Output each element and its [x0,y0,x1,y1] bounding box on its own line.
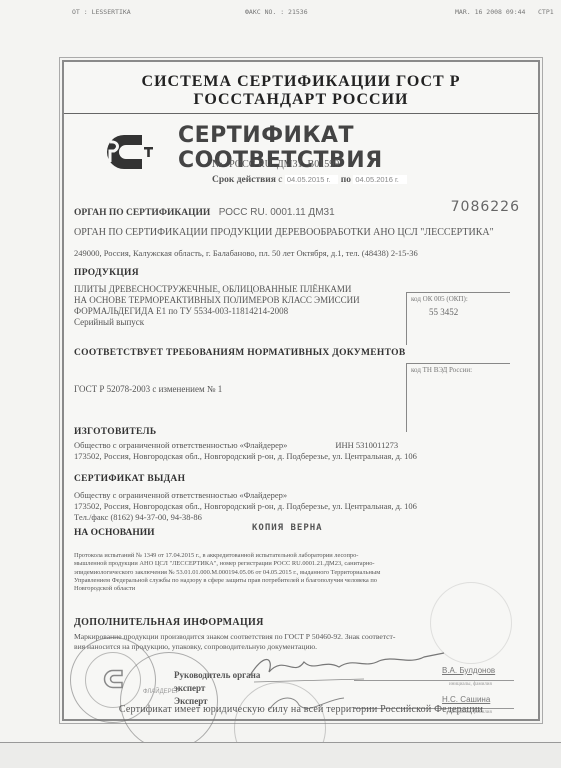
tnved-code-box: код ТН ВЭД России: [406,363,510,432]
head-signature-line [354,680,514,681]
validity-to: 04.05.2016 г. [353,175,407,184]
okp-code-box: код ОК 005 (ОКП): 55 3452 [406,292,510,345]
manufacturer-heading: ИЗГОТОВИТЕЛЬ [74,427,156,438]
fax-number: ФАКС NO. : 21536 [245,8,308,16]
system-line-2: ГОССТАНДАРТ РОССИИ [64,91,538,109]
validity-label: Срок действия [212,175,276,185]
certification-body-name: ОРГАН ПО СЕРТИФИКАЦИИ ПРОДУКЦИИ ДЕРЕВООБ… [74,227,494,238]
fax-header: OT : LESSERTIKA ФАКС NO. : 21536 MAR. 16… [0,8,561,22]
product-line: НА ОСНОВЕ ТЕРМОРЕАКТИВНЫХ ПОЛИМЕРОВ КЛАС… [74,295,404,306]
normative-standard: ГОСТ Р 52078-2003 с изменением № 1 [74,384,222,395]
certificate-frame: СИСТЕМА СЕРТИФИКАЦИИ ГОСТ Р ГОССТАНДАРТ … [62,60,540,721]
certification-body-label: ОРГАН ПО СЕРТИФИКАЦИИ [74,208,210,218]
protocol-line: эпидемиологического заключения № 53.01.0… [74,569,529,577]
system-line-1: СИСТЕМА СЕРТИФИКАЦИИ ГОСТ Р [64,73,538,91]
issued-to-name: Обществу с ограниченной ответственностью… [74,490,417,501]
issued-to-details: Обществу с ограниченной ответственностью… [74,490,417,523]
number-value: РОСС RU. ДМ31. В01599 [229,159,339,170]
serial-number: 7086226 [451,199,520,215]
manufacturer-address: 173502, Россия, Новгородская обл., Новго… [74,451,417,462]
issued-to-heading: СЕРТИФИКАТ ВЫДАН [74,474,185,485]
issued-to-phone: Тел./факс (8162) 94-37-00, 94-38-86 [74,512,417,523]
certification-body-code: ОРГАН ПО СЕРТИФИКАЦИИ РОСС RU. 0001.11 Д… [74,207,335,219]
tnved-label: код ТН ВЭД России: [411,366,506,374]
product-description: ПЛИТЫ ДРЕВЕСНОСТРУЖЕЧНЫЕ, ОБЛИЦОВАННЫЕ П… [74,284,404,328]
additional-info-heading: ДОПОЛНИТЕЛЬНАЯ ИНФОРМАЦИЯ [74,617,264,628]
protocol-line: мышленной продукции АНО ЦСЛ "ЛЕССЕРТИКА"… [74,560,529,568]
protocol-line: Протокола испытаний № 1349 от 17.04.2015… [74,552,529,560]
certification-body-address: 249000, Россия, Калужская область, г. Ба… [74,248,418,259]
basis-heading: НА ОСНОВАНИИ [74,528,155,538]
issued-to-address: 173502, Россия, Новгородская обл., Новго… [74,501,417,512]
manufacturer-inn: ИНН 5310011273 [335,440,398,450]
manufacturer-name: Общество с ограниченной ответственностью… [74,440,287,450]
rst-gost-mark-icon [94,132,154,172]
validity-from-prefix: с [278,175,282,185]
head-name: В.А. Булдонов [442,666,495,675]
number-label: № [212,158,223,170]
legal-validity-footer: Сертификат имеет юридическую силу на все… [64,704,538,715]
head-signature [244,647,454,687]
okp-label: код ОК 005 (ОКП): [411,295,506,303]
certification-body-code-value: РОСС RU. 0001.11 ДМ31 [219,207,335,218]
fax-date-time: MAR. 16 2008 09:44 [455,8,525,16]
expert-name: Н.С. Сашина [442,695,490,704]
fax-page: СТР1 [538,8,554,16]
copy-verified-stamp: КОПИЯ ВЕРНА [252,523,323,533]
manufacturer-details: Общество с ограниченной ответственностью… [74,440,417,462]
title-divider [64,113,538,114]
product-line: Серийный выпуск [74,317,404,328]
validity-from: 04.05.2015 г. [285,175,339,184]
validity-period: Срок действия с 04.05.2015 г. по 04.05.2… [212,175,407,185]
expert-label: эксперт [174,683,205,693]
scan-bottom-edge [0,742,561,768]
product-line: ФОРМАЛЬДЕГИДА Е1 по ТУ 5534-003-11814214… [74,306,404,317]
conformity-heading: СООТВЕТСТВУЕТ ТРЕБОВАНИЯМ НОРМАТИВНЫХ ДО… [74,348,405,359]
head-name-caption: инициалы, фамилия [449,682,492,687]
product-heading: ПРОДУКЦИЯ [74,268,139,279]
certification-system-title: СИСТЕМА СЕРТИФИКАЦИИ ГОСТ Р ГОССТАНДАРТ … [64,73,538,109]
product-line: ПЛИТЫ ДРЕВЕСНОСТРУЖЕЧНЫЕ, ОБЛИЦОВАННЫЕ П… [74,284,404,295]
fax-from: OT : LESSERTIKA [72,8,131,16]
okp-value: 55 3452 [411,307,506,317]
certificate-number: №РОСС RU. ДМ31. В01599 [212,158,339,170]
validity-to-prefix: по [341,175,351,185]
